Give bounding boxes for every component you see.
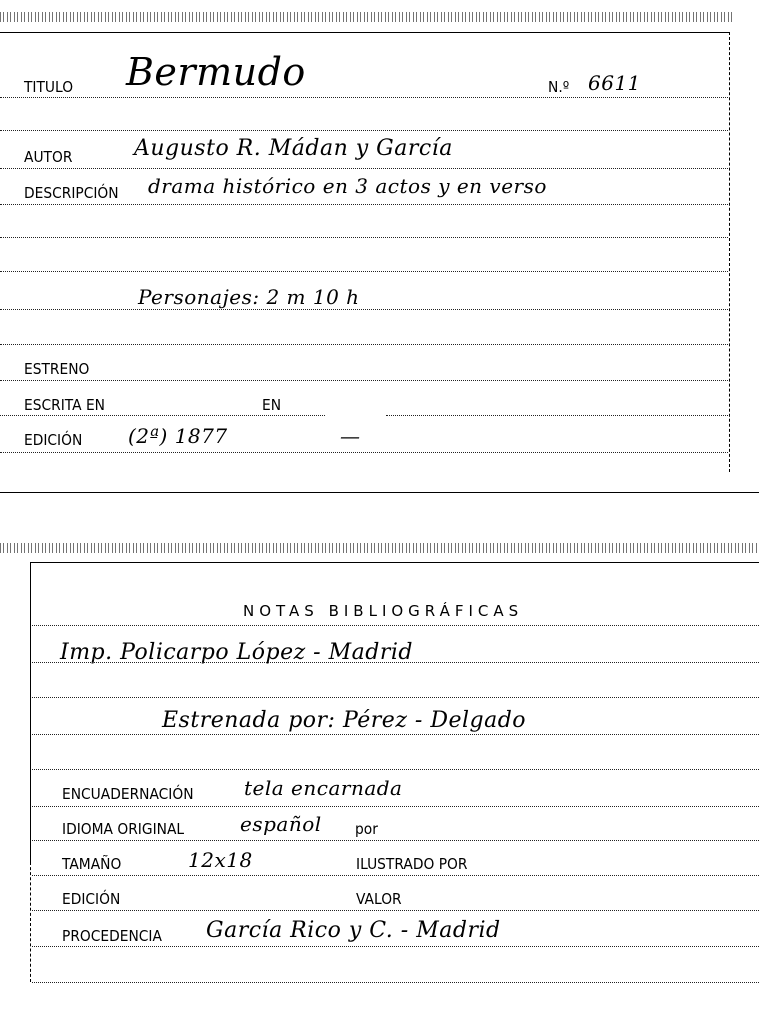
- top-card-right-border: [729, 32, 730, 472]
- rule: [32, 982, 759, 983]
- escrita-en-field: [0, 415, 325, 416]
- descripcion-extra: Personajes: 2 m 10 h: [138, 285, 360, 309]
- rule: [32, 662, 759, 663]
- rule: [0, 309, 728, 310]
- bottom-card-left-border: [30, 562, 31, 862]
- rule: [32, 946, 759, 947]
- rule: [0, 271, 728, 272]
- notas-heading: NOTAS BIBLIOGRÁFICAS: [243, 602, 523, 620]
- valor-label: VALOR: [356, 890, 402, 908]
- procedencia-label: PROCEDENCIA: [62, 927, 162, 945]
- rule: [0, 204, 728, 205]
- rule: [32, 625, 759, 626]
- idioma-value: español: [240, 812, 322, 836]
- rule: [32, 769, 759, 770]
- rule: [0, 237, 728, 238]
- descripcion-value: drama histórico en 3 actos y en verso: [148, 174, 547, 198]
- top-card-bottom-edge: [0, 492, 759, 493]
- numero-label: N.º: [548, 78, 569, 96]
- ilustrado-por-label: ILUSTRADO POR: [356, 855, 467, 873]
- autor-label: AUTOR: [24, 148, 72, 166]
- top-card: [0, 32, 730, 493]
- procedencia-value: García Rico y C. - Madrid: [206, 918, 501, 943]
- en-field: [386, 415, 728, 416]
- note-2: Estrenada por: Pérez - Delgado: [162, 708, 526, 733]
- rule: [32, 806, 759, 807]
- idioma-suffix: por: [355, 820, 378, 838]
- estreno-field: [0, 380, 728, 381]
- estreno-label: ESTRENO: [24, 360, 89, 378]
- edicion-field: [0, 452, 728, 453]
- rule: [32, 910, 759, 911]
- titulo-value: Bermudo: [126, 50, 306, 94]
- edicion-value: (2ª) 1877: [128, 424, 228, 448]
- rule: [0, 344, 728, 345]
- idioma-label: IDIOMA ORIGINAL: [62, 820, 184, 838]
- en-label: EN: [262, 396, 281, 414]
- numero-value: 6611: [588, 71, 641, 95]
- escrita-en-label: ESCRITA EN: [24, 396, 105, 414]
- rule: [0, 130, 728, 131]
- tamano-label: TAMAÑO: [62, 855, 121, 873]
- encuadernacion-value: tela encarnada: [244, 776, 402, 800]
- rule: [32, 697, 759, 698]
- rule: [32, 840, 759, 841]
- edicion-mark: —: [340, 424, 361, 448]
- descripcion-label: DESCRIPCIÓN: [24, 184, 119, 202]
- encuadernacion-label: ENCUADERNACIÓN: [62, 785, 194, 803]
- titulo-label: TITULO: [24, 78, 73, 96]
- edicion-label: EDICIÓN: [24, 431, 82, 449]
- rule: [0, 97, 728, 98]
- scan-noise-top: [0, 12, 735, 22]
- rule: [32, 734, 759, 735]
- edicion-b-label: EDICIÓN: [62, 890, 120, 908]
- rule: [32, 875, 759, 876]
- scan-noise-bottom: [0, 543, 759, 553]
- tamano-value: 12x18: [188, 848, 253, 872]
- autor-value: Augusto R. Mádan y García: [134, 136, 453, 161]
- bottom-card-left-border-dash: [30, 862, 31, 982]
- rule: [0, 168, 728, 169]
